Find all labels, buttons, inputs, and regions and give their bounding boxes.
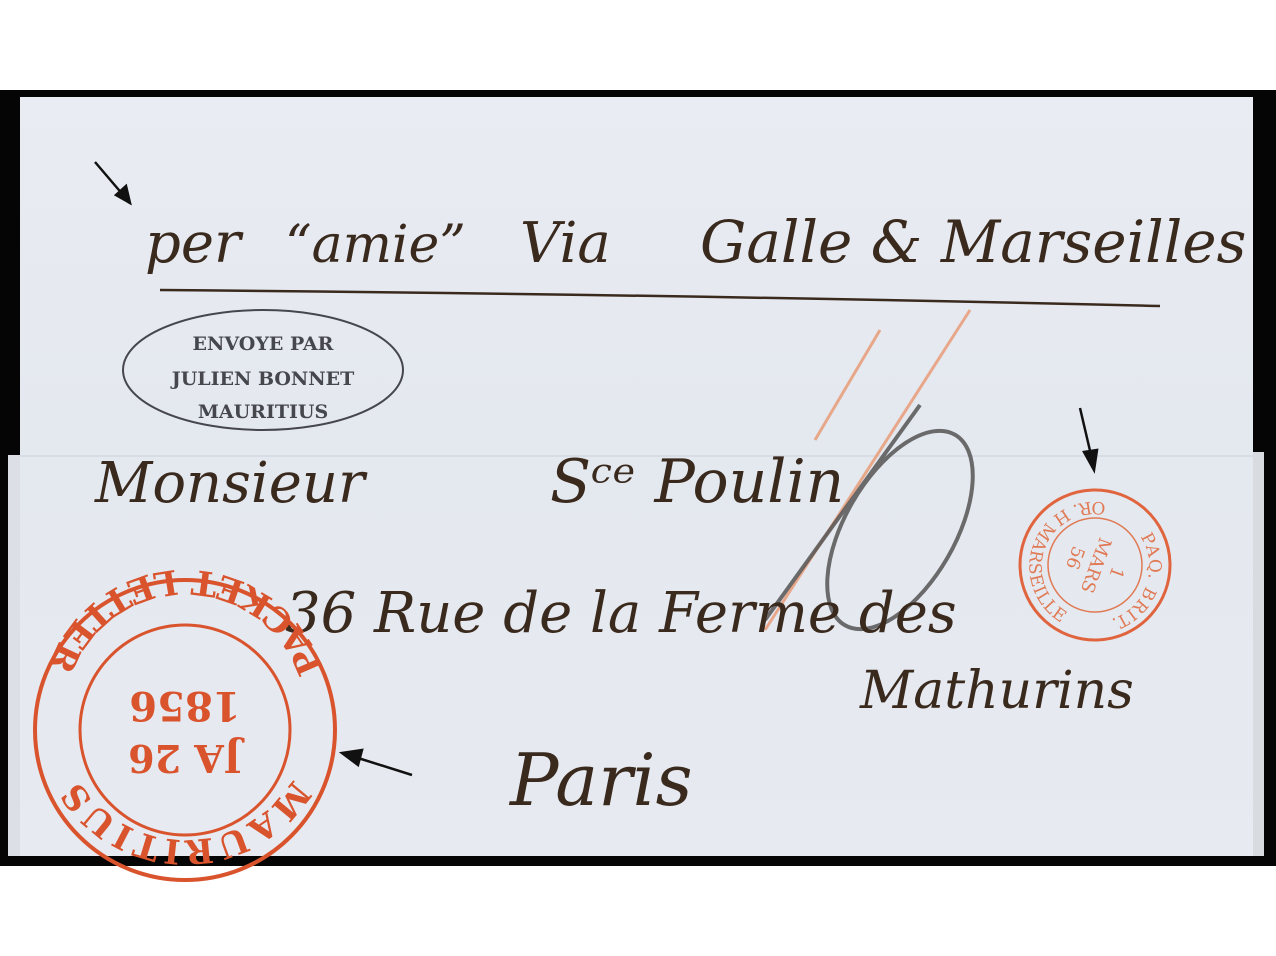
arrow-icon (342, 750, 412, 775)
svg-text:1: 1 (1104, 564, 1128, 582)
svg-text:Galle & Marseilles: Galle & Marseilles (700, 208, 1246, 276)
marseille-postmark: PAQ. BRIT. OR. H MARSEILLE 1 MARS 56 (999, 469, 1191, 661)
rating-mark-value: 10 (0, 0, 20, 4)
svg-text:per: per (145, 211, 244, 276)
svg-text:PACKET LETTER: PACKET LETTER (39, 561, 332, 682)
svg-text:Mathurins: Mathurins (859, 661, 1134, 721)
sender-handstamp: ENVOYE PAR JULIEN BONNET MAURITIUS (123, 310, 403, 430)
svg-text:MAURITIUS: MAURITIUS (198, 401, 328, 423)
arrow-icon (1080, 408, 1097, 470)
endorsement: per “amie” Via Galle & Marseilles (145, 208, 1246, 306)
svg-text:“amie”: “amie” (285, 215, 466, 275)
svg-text:Paris: Paris (508, 738, 693, 822)
svg-text:JA 26: JA 26 (128, 736, 245, 781)
mauritius-postmark: MAURITIUS PACKET LETTER JA 26 1856 (35, 561, 335, 880)
svg-text:Monsieur: Monsieur (94, 451, 368, 516)
cover-markings: per “amie” Via Galle & Marseilles ENVOYE… (0, 0, 1276, 956)
svg-text:Via: Via (520, 211, 611, 276)
svg-text:JULIEN BONNET: JULIEN BONNET (170, 368, 355, 390)
svg-text:36 Rue de la Ferme des: 36 Rue de la Ferme des (285, 581, 957, 646)
arrow-icon (95, 162, 130, 203)
address-block: Monsieur Sᶜᵉ Poulin 36 Rue de la Ferme d… (94, 447, 1134, 822)
svg-text:1856: 1856 (129, 682, 240, 729)
svg-text:Sᶜᵉ Poulin: Sᶜᵉ Poulin (550, 447, 844, 517)
svg-text:MAURITIUS: MAURITIUS (52, 773, 319, 872)
svg-text:ENVOYE PAR: ENVOYE PAR (193, 333, 334, 355)
